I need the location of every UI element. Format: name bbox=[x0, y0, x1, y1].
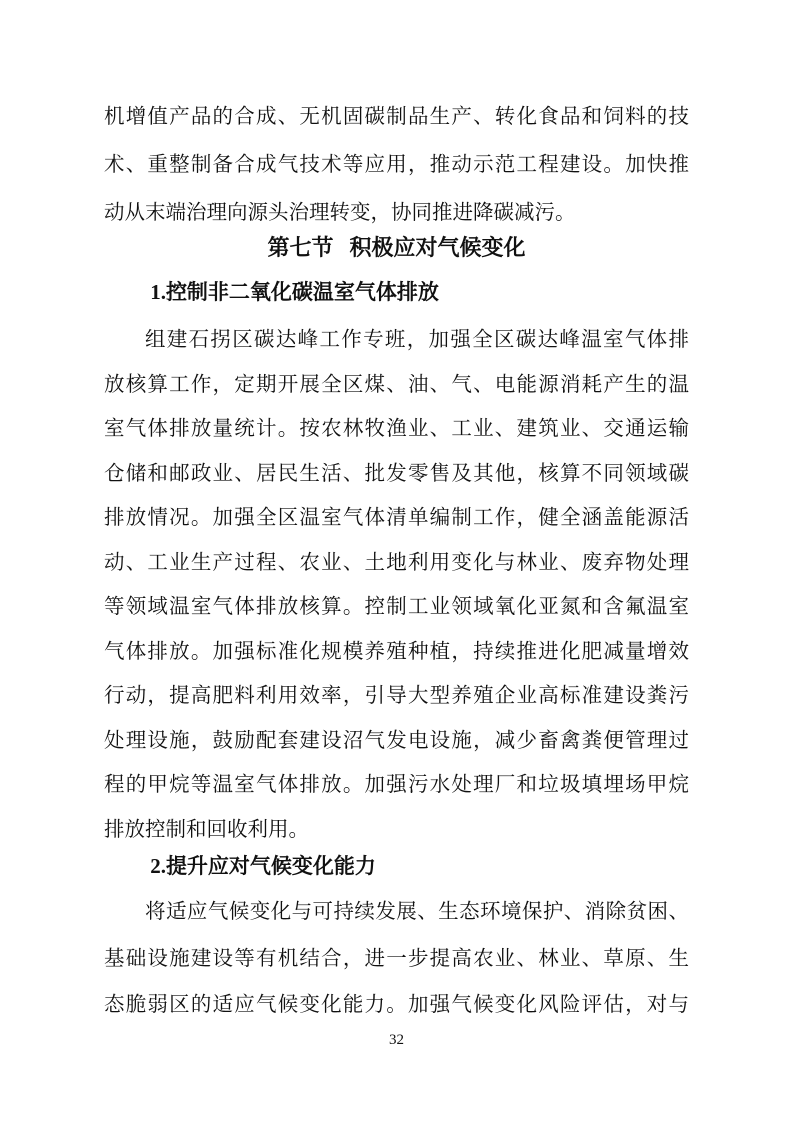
text-line: 等领域温室气体排放核算。控制工业领域氧化亚氮和含氟温室 bbox=[104, 585, 689, 630]
continuation-paragraph: 机增值产品的合成、无机固碳制品生产、转化食品和饲料的技 术、重整制备合成气技术等… bbox=[104, 93, 689, 237]
text-line: 术、重整制备合成气技术等应用，推动示范工程建设。加快推 bbox=[104, 141, 689, 189]
text-line: 室气体排放量统计。按农林牧渔业、工业、建筑业、交通运输 bbox=[104, 407, 689, 452]
text-line: 态脆弱区的适应气候变化能力。加强气候变化风险评估，对与 bbox=[104, 982, 689, 1029]
text-line: 基础设施建设等有机结合，进一步提高农业、林业、草原、生 bbox=[104, 936, 689, 983]
text-line: 仓储和邮政业、居民生活、批发零售及其他，核算不同领域碳 bbox=[104, 452, 689, 497]
subsection-2-paragraph: 将适应气候变化与可持续发展、生态环境保护、消除贫困、 基础设施建设等有机结合，进… bbox=[104, 889, 689, 1029]
section-title-text: 积极应对气候变化 bbox=[350, 235, 526, 260]
text-line: 组建石拐区碳达峰工作专班，加强全区碳达峰温室气体排 bbox=[104, 318, 689, 363]
subsection-heading-1: 1.控制非二氧化碳温室气体排放 bbox=[104, 270, 689, 314]
section-number: 第七节 bbox=[267, 235, 349, 260]
text-line: 将适应气候变化与可持续发展、生态环境保护、消除贫困、 bbox=[104, 889, 689, 936]
text-line: 动、工业生产过程、农业、土地利用变化与林业、废弃物处理 bbox=[104, 541, 689, 586]
text-line: 放核算工作，定期开展全区煤、油、气、电能源消耗产生的温 bbox=[104, 363, 689, 408]
section-heading: 第七节积极应对气候变化 bbox=[104, 224, 689, 272]
page-number: 32 bbox=[0, 1028, 793, 1052]
text-line: 程的甲烷等温室气体排放。加强污水处理厂和垃圾填埋场甲烷 bbox=[104, 763, 689, 808]
subsection-1-paragraph: 组建石拐区碳达峰工作专班，加强全区碳达峰温室气体排 放核算工作，定期开展全区煤、… bbox=[104, 318, 689, 852]
subsection-heading-2: 2.提升应对气候变化能力 bbox=[104, 844, 689, 888]
text-line: 气体排放。加强标准化规模养殖种植，持续推进化肥减量增效 bbox=[104, 630, 689, 675]
text-line: 处理设施，鼓励配套建设沼气发电设施，减少畜禽粪便管理过 bbox=[104, 719, 689, 764]
text-line: 机增值产品的合成、无机固碳制品生产、转化食品和饲料的技 bbox=[104, 93, 689, 141]
text-line: 排放情况。加强全区温室气体清单编制工作，健全涵盖能源活 bbox=[104, 496, 689, 541]
text-line: 行动，提高肥料利用效率，引导大型养殖企业高标准建设粪污 bbox=[104, 674, 689, 719]
document-page: 机增值产品的合成、无机固碳制品生产、转化食品和饲料的技 术、重整制备合成气技术等… bbox=[0, 0, 793, 1122]
